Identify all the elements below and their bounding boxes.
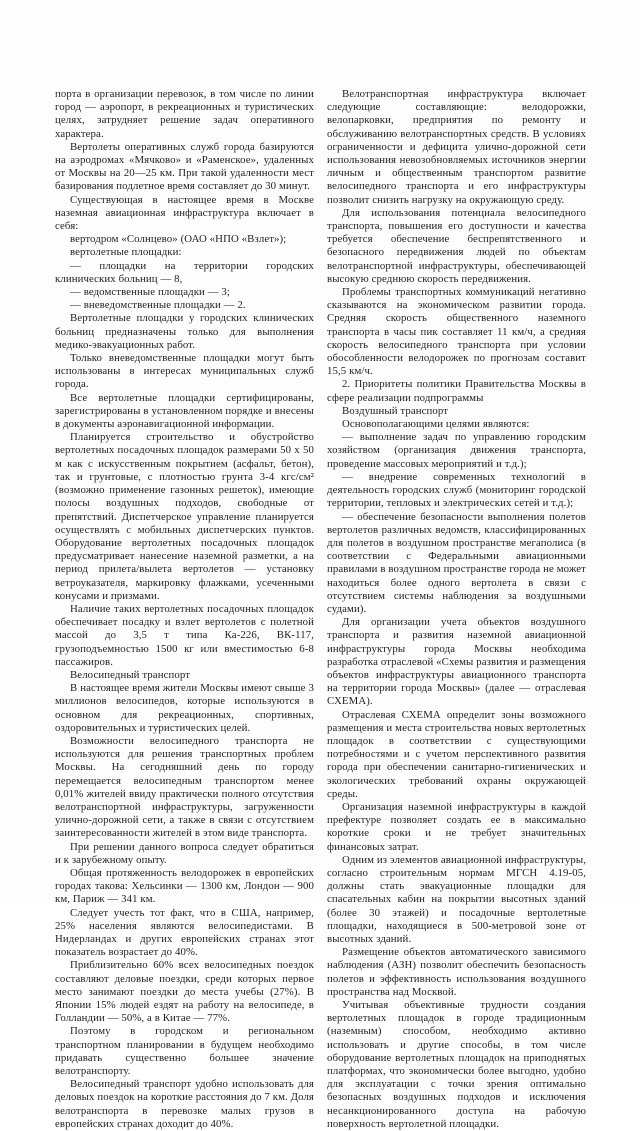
right-column: Велотранспортная инфраструктура включает… — [327, 88, 586, 905]
paragraph: — ведомственные площадки — 3; — [55, 286, 314, 299]
paragraph: — вневедомственные площадки — 2. — [55, 299, 314, 312]
paragraph: — площадки на территории городских клини… — [55, 260, 314, 286]
left-column: порта в организации перевозок, в том чис… — [55, 88, 314, 905]
two-column-text-block: порта в организации перевозок, в том чис… — [55, 88, 586, 905]
paragraph: При решении данного вопроса следует обра… — [55, 841, 314, 867]
paragraph: 2. Приоритеты политики Правительства Мос… — [327, 378, 586, 404]
paragraph: Все вертолетные площадки сертифицированы… — [55, 392, 314, 432]
paragraph: Планируется строительство и обустройство… — [55, 431, 314, 603]
paragraph: Воздушный транспорт — [327, 405, 586, 418]
paragraph: — обеспечение безопасности выполнения по… — [327, 511, 586, 617]
paragraph: Велосипедный транспорт — [55, 669, 314, 682]
paragraph: Велотранспортная инфраструктура включает… — [327, 88, 586, 207]
paragraph: вертолетные площадки: — [55, 246, 314, 259]
paragraph: Основополагающими целями являются: — [327, 418, 586, 431]
paragraph: Для организации учета объектов воздушног… — [327, 616, 586, 708]
paragraph: Проблемы транспортных коммуникаций негат… — [327, 286, 586, 378]
paragraph: Вертолетные площадки у городских клиниче… — [55, 312, 314, 352]
paragraph: Одним из элементов авиационной инфрастру… — [327, 854, 586, 905]
document-page: порта в организации перевозок, в том чис… — [0, 0, 640, 905]
paragraph: порта в организации перевозок, в том чис… — [55, 88, 314, 141]
paragraph: Только вневедомственные площадки могут б… — [55, 352, 314, 392]
paragraph: — внедрение современных технологий в дея… — [327, 471, 586, 511]
paragraph: Общая протяженность велодорожек в европе… — [55, 867, 314, 905]
paragraph: Существующая в настоящее время в Москве … — [55, 194, 314, 234]
paragraph: Организация наземной инфраструктуры в ка… — [327, 801, 586, 854]
paragraph: Для использования потенциала велосипедно… — [327, 207, 586, 286]
paragraph: Возможности велосипедного транспорта не … — [55, 735, 314, 841]
paragraph: Вертолеты оперативных служб города базир… — [55, 141, 314, 194]
paragraph: Отраслевая СХЕМА определит зоны возможно… — [327, 709, 586, 801]
paragraph: вертодром «Солнцево» (ОАО «НПО «Взлет»); — [55, 233, 314, 246]
paragraph: В настоящее время жители Москвы имеют св… — [55, 682, 314, 735]
paragraph: — выполнение задач по управлению городск… — [327, 431, 586, 471]
paragraph: Наличие таких вертолетных посадочных пло… — [55, 603, 314, 669]
